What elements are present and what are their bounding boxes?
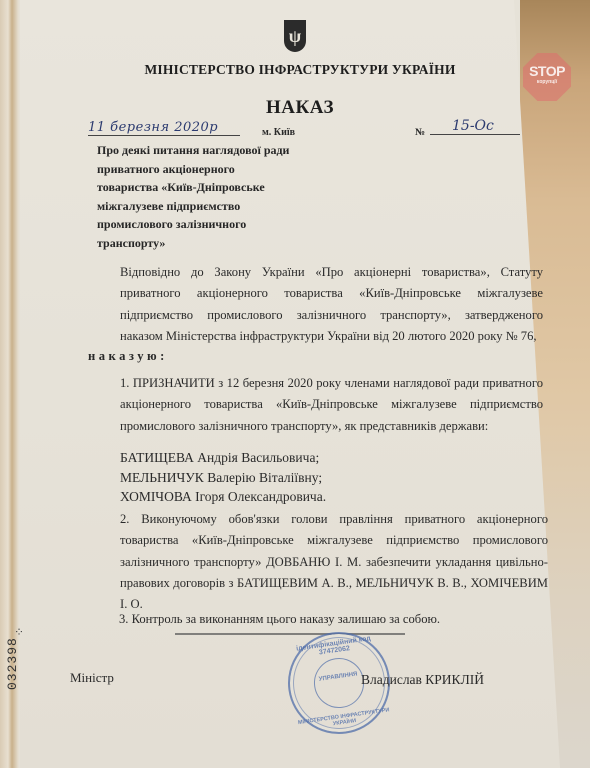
document-title: НАКАЗ xyxy=(200,97,400,119)
item-3-text: 3. Контроль за виконанням цього наказу з… xyxy=(119,612,440,627)
preamble-paragraph: Відповідно до Закону України «Про акціон… xyxy=(88,262,543,347)
order-date-handwritten: 11 березня 2020р xyxy=(88,120,240,136)
appointee-3: ХОМІЧОВА Ігоря Олександровича. xyxy=(120,489,326,505)
stamp-center: УПРАВЛІННЯ xyxy=(311,655,367,711)
watermark-line2: корупції xyxy=(523,78,571,86)
appointee-1: БАТИЩЕВА Андрія Васильовича; xyxy=(120,450,319,466)
item-1-paragraph: 1. ПРИЗНАЧИТИ з 12 березня 2020 року чле… xyxy=(88,373,543,437)
order-number-label: № xyxy=(415,127,425,138)
item-2-paragraph: 2. Виконуючому обов'язки голови правлінн… xyxy=(88,509,548,615)
signatory-position: Міністр xyxy=(70,670,114,686)
signer-name: Владислав КРИКЛІЙ xyxy=(361,672,484,688)
serial-number: 032398 xyxy=(5,637,20,690)
order-number-handwritten: 15-Ос xyxy=(430,118,520,135)
order-city: м. Київ xyxy=(262,127,295,138)
stop-watermark-logo: STOP корупції xyxy=(523,53,571,101)
preamble-text: Відповідно до Закону України «Про акціон… xyxy=(88,262,543,347)
item-1-text: 1. ПРИЗНАЧИТИ з 12 березня 2020 року чле… xyxy=(88,373,543,437)
order-subject: Про деякі питання наглядової ради приват… xyxy=(97,141,297,252)
watermark-line1: STOP xyxy=(523,64,571,78)
stamp-center-text: УПРАВЛІННЯ xyxy=(318,671,357,682)
nakazuyu-label: наказую: xyxy=(88,349,168,364)
ministry-header: МІНІСТЕРСТВО ІНФРАСТРУКТУРИ УКРАЇНИ xyxy=(130,62,470,78)
trident-coat-of-arms-icon: ψ xyxy=(284,20,306,52)
appointee-2: МЕЛЬНИЧУК Валерію Віталіївну; xyxy=(120,470,322,486)
item-2-text: 2. Виконуючому обов'язки голови правлінн… xyxy=(88,509,548,615)
